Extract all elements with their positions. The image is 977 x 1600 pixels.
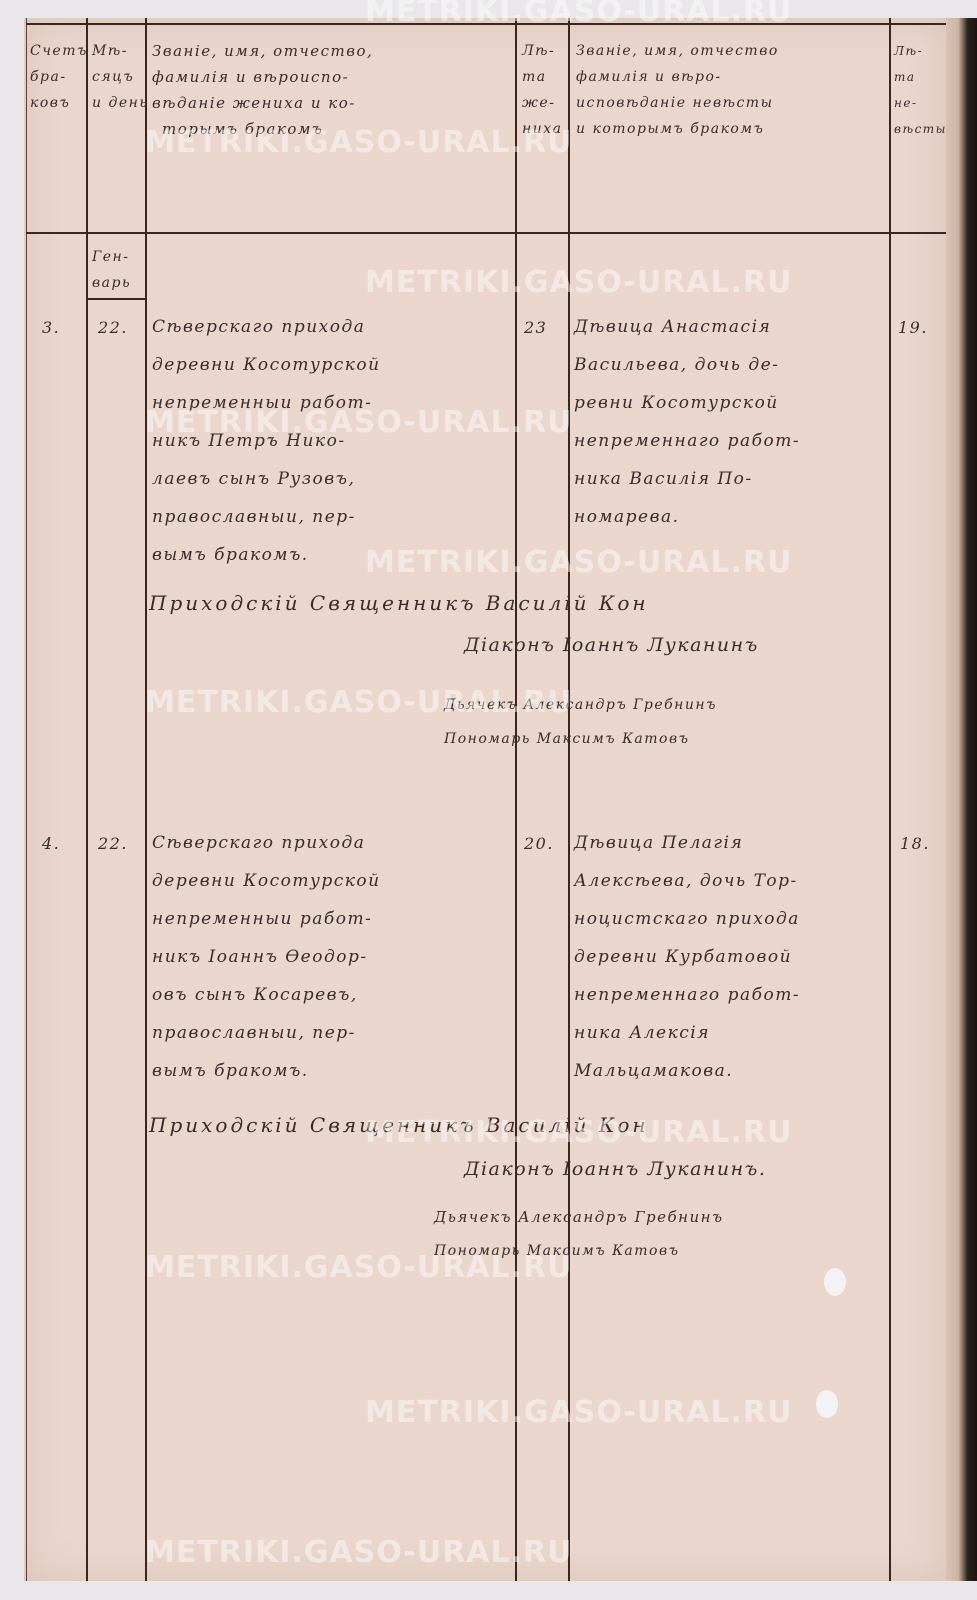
header-bride: Званіе, имя, отчество фамилія и вѣро- ис… [576,38,779,142]
column-rule [568,18,570,1581]
bride-age: 18. [900,834,930,853]
bride-age: 19. [898,318,928,337]
column-rule [86,18,88,1581]
header-record-number: Счетъ бра- ковъ [30,38,88,116]
groom-age: 23 [524,318,547,337]
header-groom: Званіе, имя, отчество, фамилія и вѣроисп… [152,38,373,142]
binding-hole [824,1268,846,1296]
header-top-rule [26,23,946,25]
month-rule [86,298,146,300]
column-rule [515,18,517,1581]
header-bride-age: Лѣ- та не- вѣсты [894,38,947,142]
register-page: Счетъ бра- ковъ Мѣ- сяцъ и день Званіе, … [24,18,946,1581]
binding-hole [816,1390,838,1418]
clergy-signatures: Дiаконъ Іоаннъ Луканинъ. Дьячекъ Алексан… [434,1152,766,1268]
clergy-signatures: Дiаконъ Іоаннъ Луканинъ Дьячекъ Александ… [444,628,759,756]
bride-description: Дѣвица Анастасія Васильева, дочь де- рев… [574,308,800,536]
priest-signature: Приходскiй Священникъ Василiй Кон [149,1108,649,1142]
record-number: 3. [42,318,60,337]
bride-description: Дѣвица Пелагія Алексѣева, дочь Тор- ноци… [574,824,800,1090]
groom-age: 20. [524,834,554,853]
header-bottom-rule [26,232,946,234]
month-label: Ген- варь [92,244,131,296]
header-month-day: Мѣ- сяцъ и день [92,38,148,116]
priest-signature: Приходскiй Священникъ Василiй Кон [149,586,649,620]
book-spine [946,18,977,1581]
column-rule [26,18,27,1581]
record-number: 4. [42,834,60,853]
header-groom-age: Лѣ- та же- ниха [522,38,562,142]
column-rule [889,18,891,1581]
record-day: 22. [98,318,128,337]
column-rule [145,18,147,1581]
record-day: 22. [98,834,128,853]
groom-description: Сѣверскаго прихода деревни Косотурской н… [152,824,381,1090]
groom-description: Сѣверскаго прихода деревни Косотурской н… [152,308,381,574]
